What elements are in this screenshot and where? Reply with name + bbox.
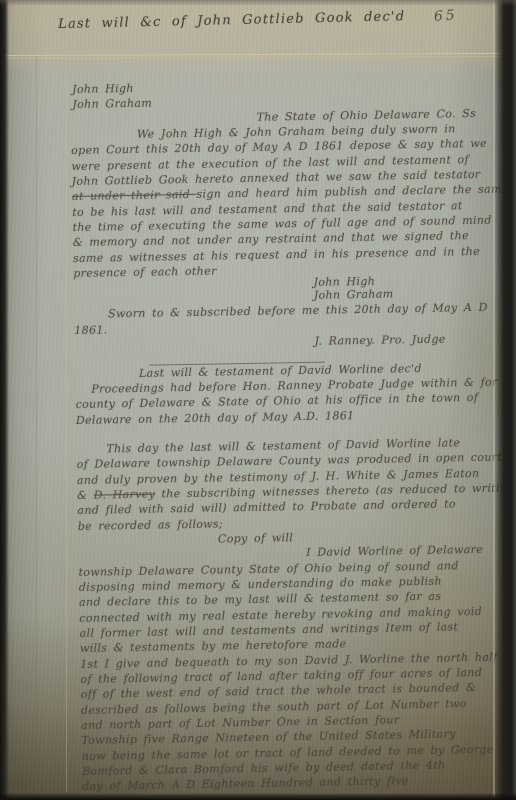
outer-margin-line xyxy=(36,56,37,792)
photo-edge-bottom xyxy=(0,793,516,800)
left-margin-line xyxy=(66,56,67,792)
document-lines: John HighJohn GrahamThe State of Ohio De… xyxy=(70,75,500,795)
photo-edge-top xyxy=(0,0,516,6)
page-number: 65 xyxy=(434,7,459,25)
ledger-page-photo: 65 Last will &c of John Gottlieb Gook de… xyxy=(0,0,516,800)
photo-edge-left xyxy=(0,0,9,800)
handwritten-line: J. Ranney. Pro. Judge xyxy=(314,331,492,349)
photo-edge-right xyxy=(494,0,516,800)
